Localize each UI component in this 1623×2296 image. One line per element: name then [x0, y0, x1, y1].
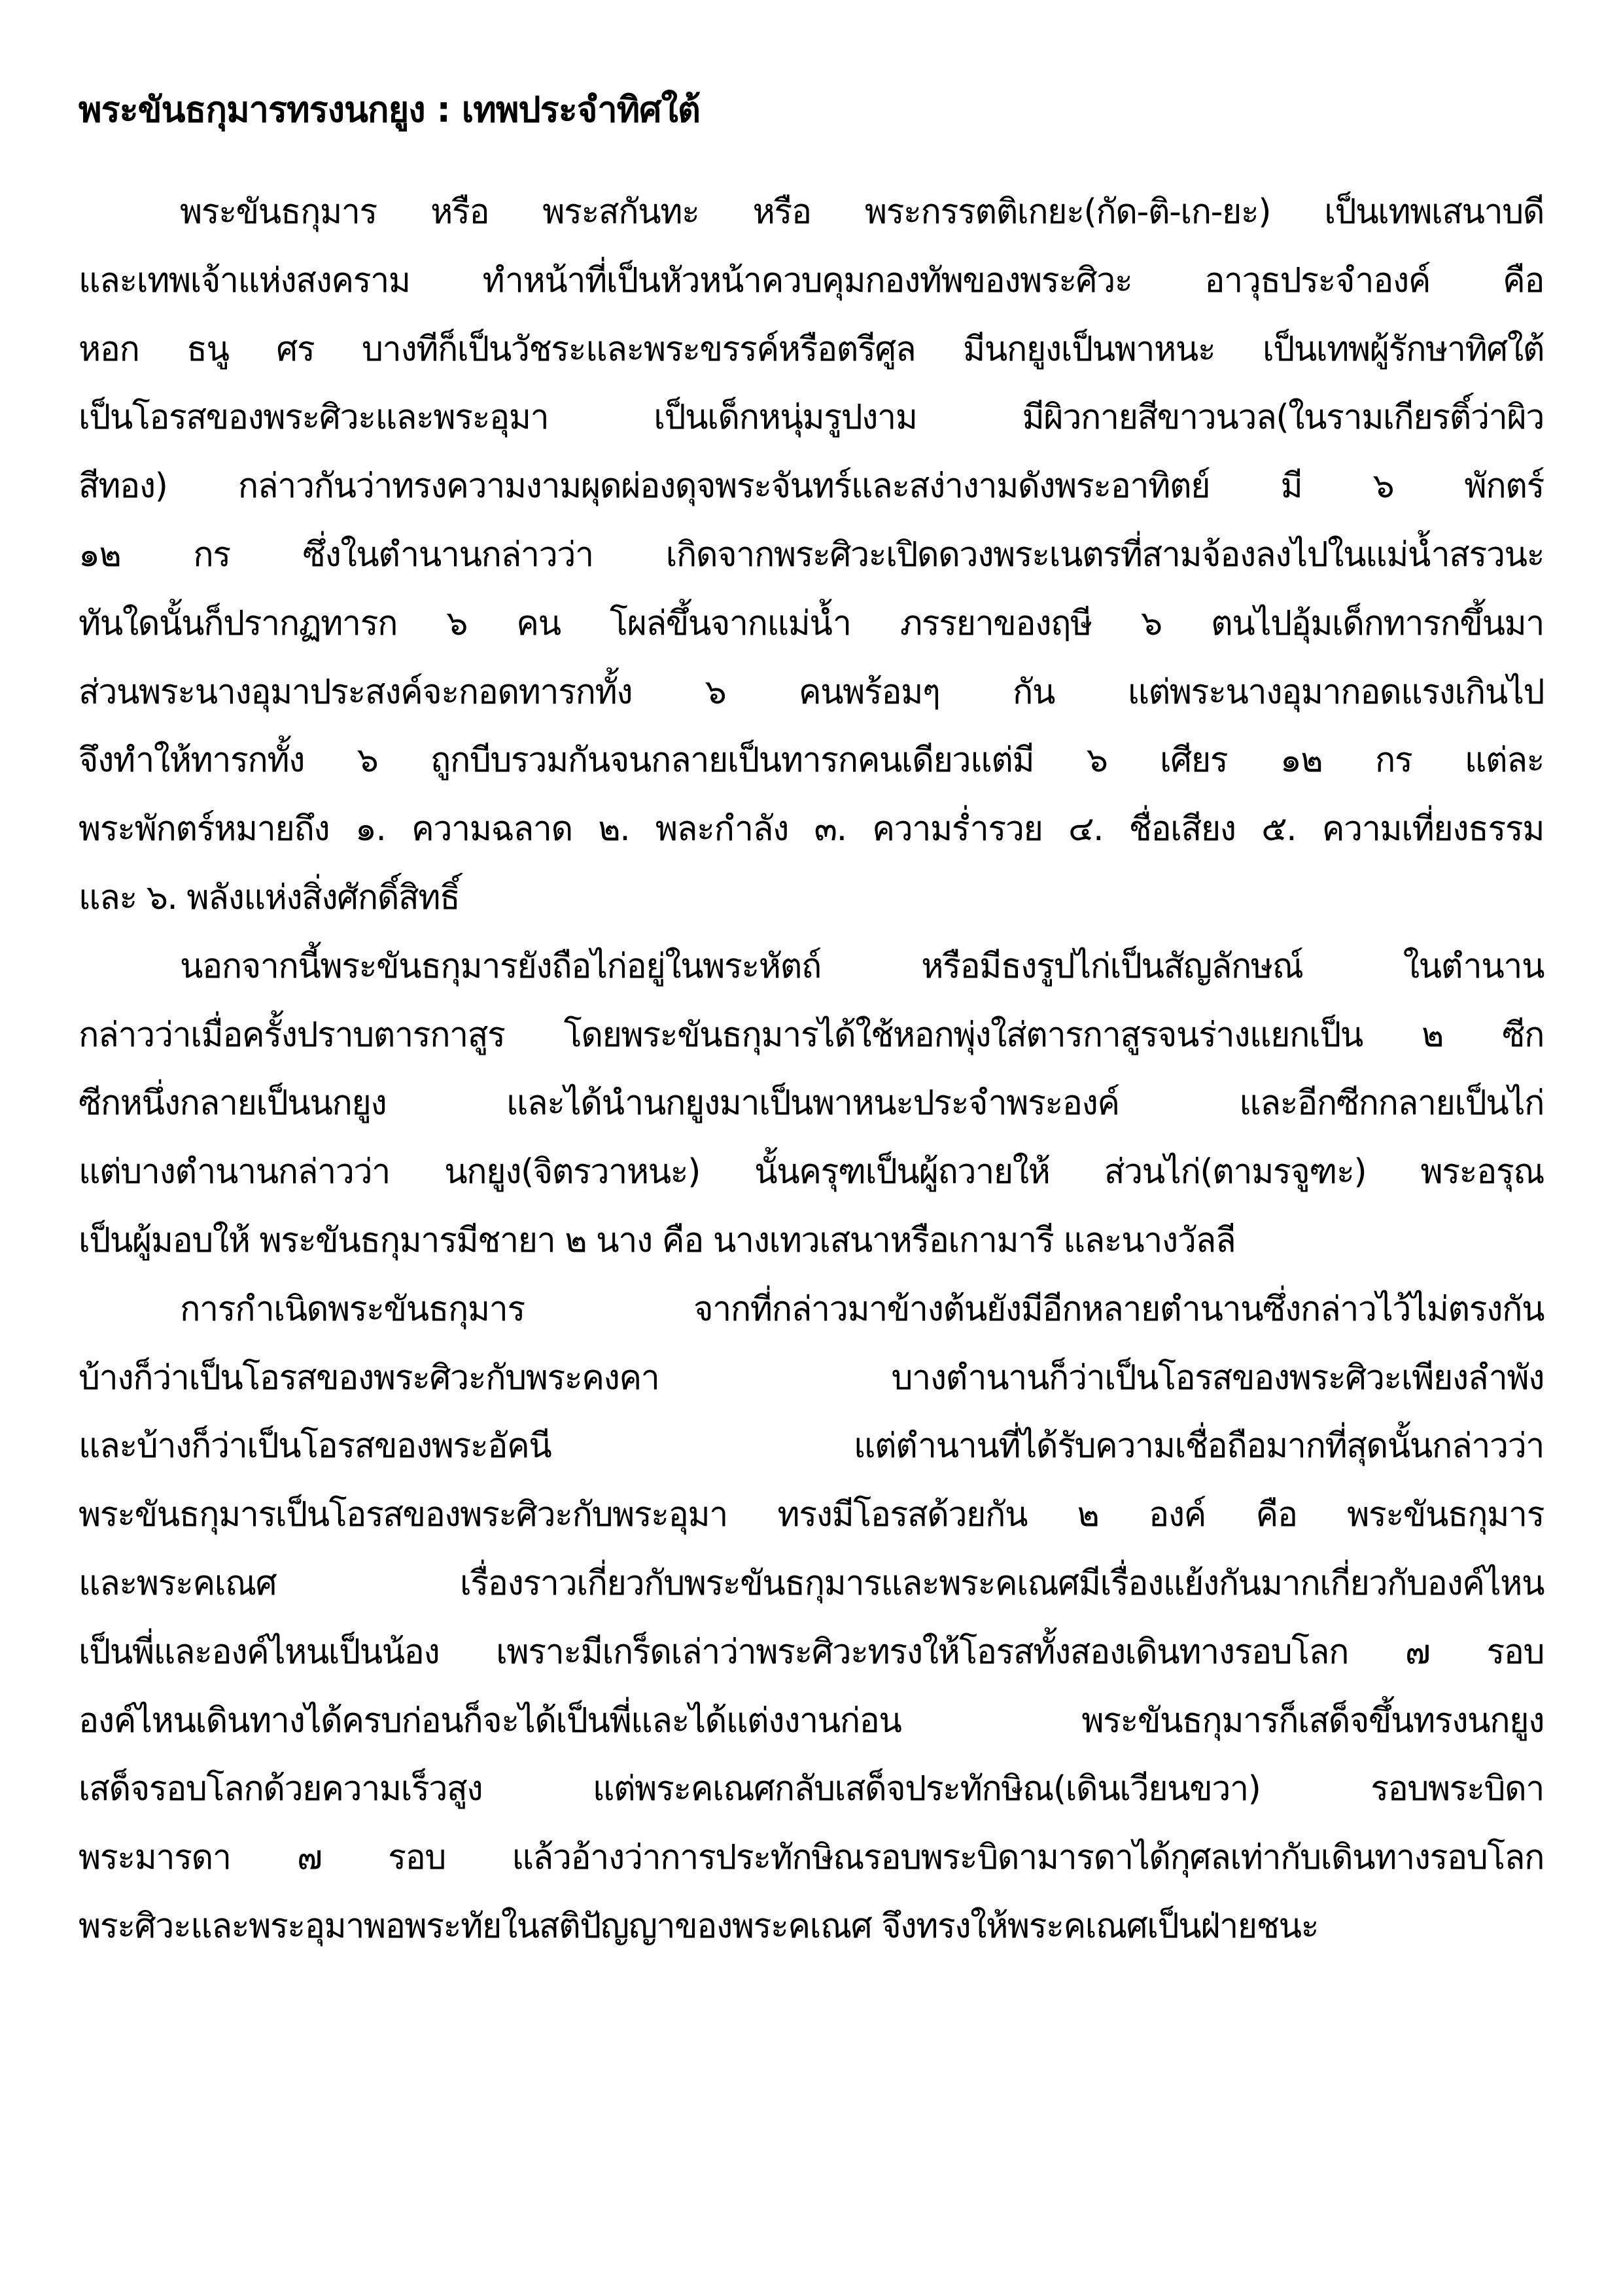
paragraph-line: เป็นโอรสของพระศิวะและพระอุมา เป็นเด็กหนุ…: [79, 383, 1544, 452]
paragraph-2: นอกจากนี้พระขันธกุมารยังถือไก่อยู่ในพระห…: [79, 932, 1544, 1275]
paragraph-line: และพระคเณศ เรื่องราวเกี่ยวกับพระขันธกุมา…: [79, 1549, 1544, 1618]
paragraph-line: ๑๒ กร ซึ่งในตำนานกล่าวว่า เกิดจากพระศิวะ…: [79, 521, 1544, 590]
paragraph-line: พระพักตร์หมายถึง ๑. ความฉลาด ๒. พละกำลัง…: [79, 795, 1544, 864]
paragraph-line: พระศิวะและพระอุมาพอพระทัยในสติปัญญาของพร…: [79, 1892, 1544, 1961]
paragraph-line: กล่าวว่าเมื่อครั้งปราบตารกาสูร โดยพระขัน…: [79, 1001, 1544, 1070]
paragraph-line: แต่บางตำนานกล่าวว่า นกยูง(จิตรวาหนะ) นั้…: [79, 1138, 1544, 1207]
paragraph-line: หอก ธนู ศร บางทีก็เป็นวัชระและพระขรรค์หร…: [79, 315, 1544, 384]
paragraph-line: องค์ไหนเดินทางได้ครบก่อนก็จะได้เป็นพี่แล…: [79, 1687, 1544, 1756]
paragraph-line: เป็นผู้มอบให้ พระขันธกุมารมีชายา ๒ นาง ค…: [79, 1207, 1544, 1275]
paragraph-line: บ้างก็ว่าเป็นโอรสของพระศิวะกับพระคงคา บา…: [79, 1344, 1544, 1413]
paragraph-line: และบ้างก็ว่าเป็นโอรสของพระอัคนี แต่ตำนาน…: [79, 1412, 1544, 1481]
paragraph-line: จึงทำให้ทารกทั้ง ๖ ถูกบีบรวมกันจนกลายเป็…: [79, 726, 1544, 795]
paragraph-line: เสด็จรอบโลกด้วยความเร็วสูง แต่พระคเณศกลั…: [79, 1755, 1544, 1824]
paragraph-line: เป็นพี่และองค์ไหนเป็นน้อง เพราะมีเกร็ดเล…: [79, 1618, 1544, 1687]
paragraph-line: สีทอง) กล่าวกันว่าทรงความงามผุดผ่องดุจพร…: [79, 452, 1544, 521]
paragraph-line: และ ๖. พลังแห่งสิ่งศักดิ์สิทธิ์: [79, 864, 1544, 932]
paragraph-1: พระขันธกุมาร หรือ พระสกันทะ หรือ พระกรรต…: [79, 178, 1544, 932]
paragraph-line: การกำเนิดพระขันธกุมาร จากที่กล่าวมาข้างต…: [79, 1275, 1544, 1344]
paragraph-line: และเทพเจ้าแห่งสงคราม ทำหน้าที่เป็นหัวหน้…: [79, 247, 1544, 315]
paragraph-line: ทันใดนั้นก็ปรากฏทารก ๖ คน โผล่ขึ้นจากแม่…: [79, 590, 1544, 658]
paragraph-3: การกำเนิดพระขันธกุมาร จากที่กล่าวมาข้างต…: [79, 1275, 1544, 1961]
paragraph-line: ซีกหนึ่งกลายเป็นนกยูง และได้นำนกยูงมาเป็…: [79, 1069, 1544, 1138]
paragraph-line: พระมารดา ๗ รอบ แล้วอ้างว่าการประทักษิณรอ…: [79, 1824, 1544, 1892]
document-body: พระขันธกุมาร หรือ พระสกันทะ หรือ พระกรรต…: [79, 178, 1544, 1961]
document-page: พระขันธกุมารทรงนกยูง : เทพประจำทิศใต้ พร…: [0, 0, 1623, 2296]
paragraph-line: พระขันธกุมาร หรือ พระสกันทะ หรือ พระกรรต…: [79, 178, 1544, 247]
paragraph-line: พระขันธกุมารเป็นโอรสของพระศิวะกับพระอุมา…: [79, 1481, 1544, 1549]
paragraph-line: นอกจากนี้พระขันธกุมารยังถือไก่อยู่ในพระห…: [79, 932, 1544, 1001]
paragraph-line: ส่วนพระนางอุมาประสงค์จะกอดทารกทั้ง ๖ คนพ…: [79, 658, 1544, 727]
document-title: พระขันธกุมารทรงนกยูง : เทพประจำทิศใต้: [79, 77, 700, 143]
